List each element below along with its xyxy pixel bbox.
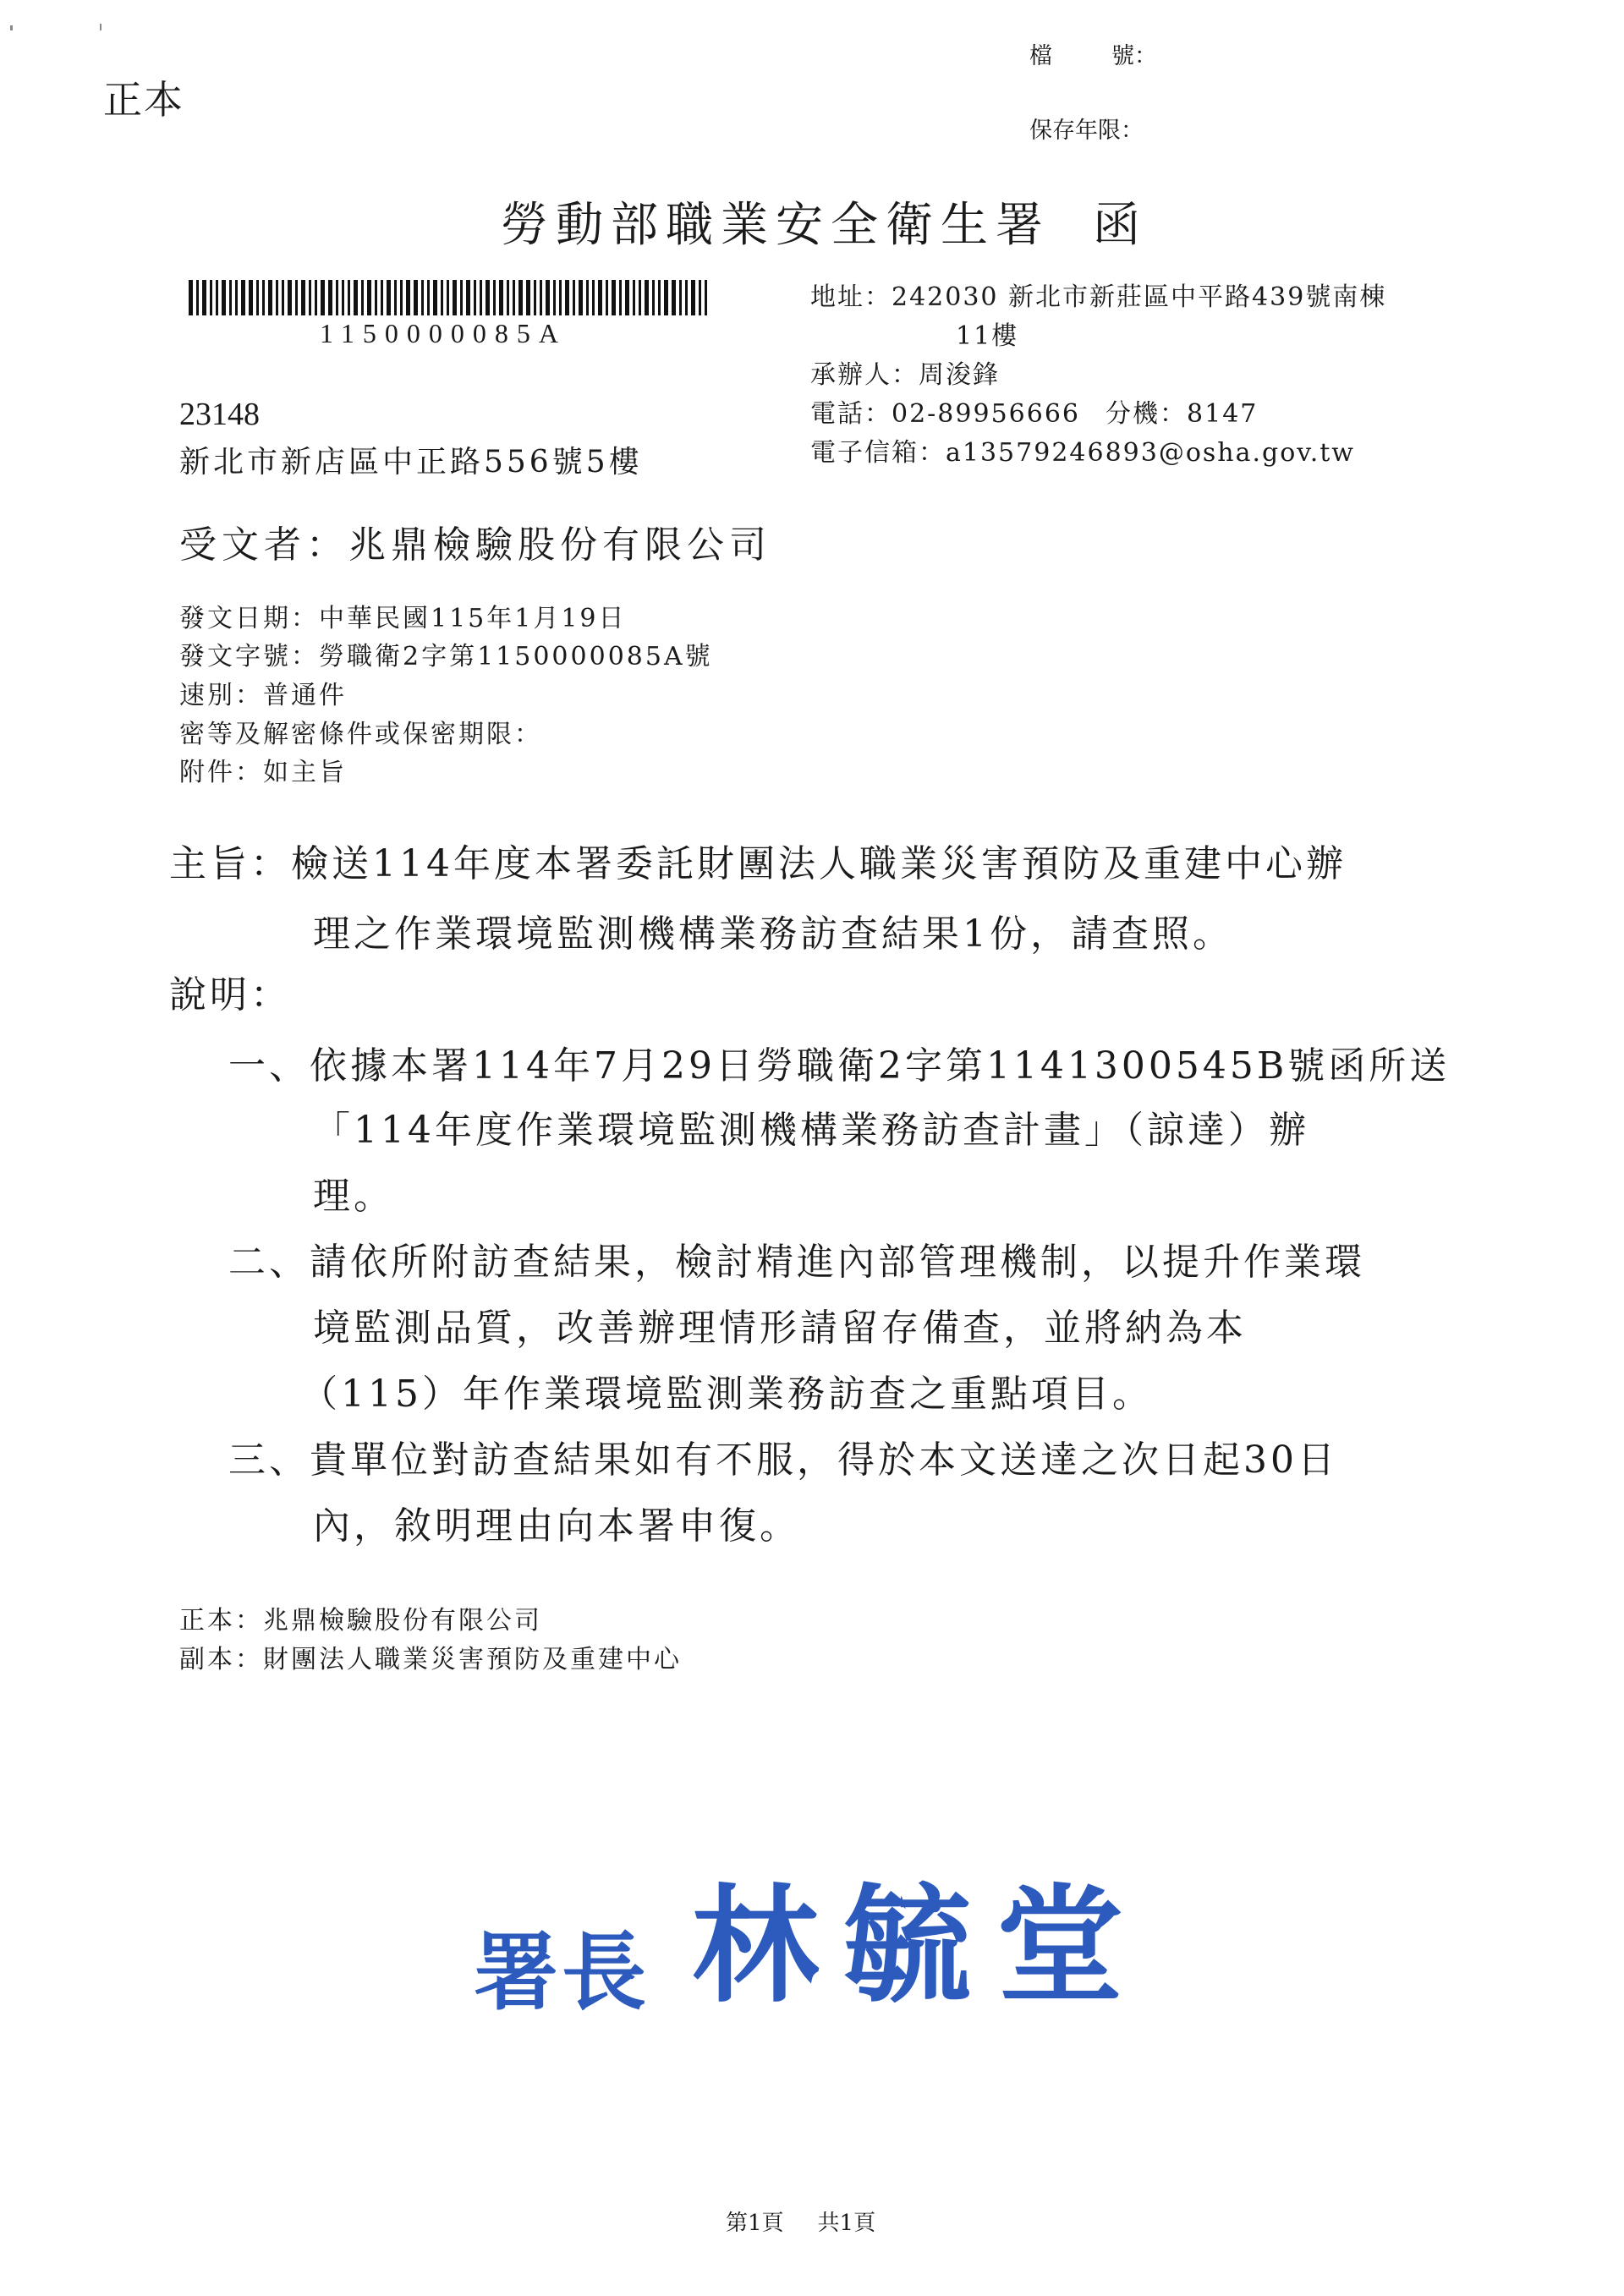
barcode-bar xyxy=(672,280,676,315)
barcode-bar xyxy=(447,280,449,315)
barcode-bar xyxy=(466,280,470,315)
barcode-bar xyxy=(679,280,682,315)
barcode-bar xyxy=(658,280,661,315)
barcode-bar xyxy=(256,280,259,315)
copy-type-label: 正本 xyxy=(103,69,184,125)
signature-title: 署長 xyxy=(474,1922,650,2022)
phone-number: 電話：02-89956666 xyxy=(810,399,1080,429)
recipient-zip: 23148 xyxy=(179,396,260,433)
barcode-bar xyxy=(565,280,569,315)
barcode-bar xyxy=(241,280,245,315)
barcode xyxy=(189,280,713,315)
barcode-bar xyxy=(559,280,562,315)
sender-address: 地址：242030 新北市新莊區中平路439號南棟 xyxy=(810,276,1386,313)
barcode-bar xyxy=(553,280,556,315)
phone-extension: 分機：8147 xyxy=(1106,399,1258,429)
distribution-copy: 副本：財團法人職業災害預防及重建中心 xyxy=(179,1638,682,1675)
barcode-bar xyxy=(612,280,616,315)
barcode-bar xyxy=(526,280,530,315)
barcode-bar xyxy=(639,280,641,315)
barcode-bar xyxy=(354,280,358,315)
reference-number: 發文字號：勞職衛2字第1150000085A號 xyxy=(179,635,713,672)
barcode-bar xyxy=(619,280,622,315)
barcode-bar xyxy=(282,280,284,315)
handler: 承辦人：周浚鋒 xyxy=(810,353,1000,391)
barcode-bar xyxy=(633,280,635,315)
explanation-item-1-line-1: 一、依據本署114年7月29日勞職衛2字第1141300545B號函所送 xyxy=(228,1035,1450,1089)
signature-stamp: 署長林毓堂 xyxy=(474,1844,1149,2026)
barcode-bar xyxy=(499,280,503,315)
email: 電子信箱：a13579246893@osha.gov.tw xyxy=(810,431,1355,469)
barcode-bar xyxy=(645,280,649,315)
barcode-bar xyxy=(328,280,332,315)
signature-name: 林毓堂 xyxy=(692,1871,1149,2020)
barcode-bar xyxy=(387,280,391,315)
explanation-item-2-line-1: 二、請依所附訪查結果，檢討精進內部管理機制，以提升作業環 xyxy=(228,1231,1365,1285)
explanation-item-3-line-1: 三、貴單位對訪查結果如有不服，得於本文送達之次日起30日 xyxy=(228,1429,1338,1483)
barcode-bar xyxy=(579,280,583,315)
barcode-bar xyxy=(249,280,253,315)
barcode-bar xyxy=(229,280,232,315)
barcode-bar xyxy=(433,280,437,315)
file-number-label-a: 檔 xyxy=(1029,43,1052,69)
explanation-item-1-line-3: 理。 xyxy=(313,1165,394,1219)
sender-address-cont: 11樓 xyxy=(956,315,1018,352)
subject-line-2: 理之作業環境監測機構業務訪查結果1份，請查照。 xyxy=(313,903,1233,957)
addressee: 受文者：兆鼎檢驗股份有限公司 xyxy=(179,514,771,568)
delivery-speed: 速別：普通件 xyxy=(179,674,347,711)
file-number-label: 檔號： xyxy=(1029,37,1157,70)
barcode-bar xyxy=(189,280,193,315)
barcode-bar xyxy=(288,280,292,315)
barcode-bar xyxy=(222,280,226,315)
barcode-bar xyxy=(301,280,305,315)
barcode-bar xyxy=(427,280,430,315)
barcode-bar xyxy=(691,280,695,315)
barcode-bar xyxy=(336,280,338,315)
barcode-bar xyxy=(394,280,397,315)
barcode-bar xyxy=(295,280,298,315)
barcode-bar xyxy=(453,280,457,315)
title-org: 勞動部職業安全衛生署 xyxy=(501,198,1051,253)
barcode-bar xyxy=(474,280,476,315)
file-number-label-b: 號： xyxy=(1111,43,1157,69)
barcode-bar xyxy=(348,280,350,315)
barcode-bar xyxy=(210,280,212,315)
barcode-bar xyxy=(196,280,199,315)
barcode-bar xyxy=(367,280,371,315)
barcode-bar xyxy=(507,280,509,315)
barcode-bar xyxy=(202,280,206,315)
explanation-heading: 說明： xyxy=(169,964,291,1018)
barcode-bar xyxy=(486,280,490,315)
barcode-bar xyxy=(276,280,278,315)
recipient-address: 新北市新店區中正路556號5樓 xyxy=(179,438,643,481)
barcode-bar xyxy=(546,280,550,315)
barcode-bar xyxy=(540,280,542,315)
barcode-bar xyxy=(573,280,575,315)
barcode-bar xyxy=(606,280,608,315)
barcode-bar xyxy=(460,280,463,315)
phone: 電話：02-89956666分機：8147 xyxy=(810,392,1258,430)
barcode-bar xyxy=(414,280,418,315)
explanation-item-1-line-2: 「114年度作業環境監測機構業務訪查計畫」（諒達）辦 xyxy=(313,1099,1309,1153)
barcode-bar xyxy=(699,280,701,315)
barcode-bar xyxy=(493,280,496,315)
distribution-original: 正本：兆鼎檢驗股份有限公司 xyxy=(179,1599,542,1636)
explanation-item-3-line-2: 內，敘明理由向本署申復。 xyxy=(313,1495,800,1549)
attachment: 附件：如主旨 xyxy=(179,751,347,788)
barcode-bar xyxy=(216,280,218,315)
explanation-item-2-line-2: 境監測品質，改善辦理情形請留存備查，並將納為本 xyxy=(313,1297,1247,1351)
barcode-bar xyxy=(534,280,536,315)
barcode-bar xyxy=(480,280,482,315)
barcode-bar xyxy=(381,280,383,315)
secrecy-level: 密等及解密條件或保密期限： xyxy=(179,713,542,750)
title-doc-type: 函 xyxy=(1093,198,1148,253)
barcode-bar xyxy=(586,280,589,315)
barcode-bar xyxy=(400,280,403,315)
scan-speck xyxy=(10,25,13,30)
page-footer: 第1頁共1頁 xyxy=(726,2206,875,2237)
barcode-bar xyxy=(268,280,272,315)
barcode-bar xyxy=(518,280,523,315)
barcode-bar xyxy=(375,280,377,315)
barcode-bar xyxy=(664,280,668,315)
barcode-bar xyxy=(705,280,707,315)
barcode-bar xyxy=(625,280,629,315)
barcode-bar xyxy=(235,280,238,315)
barcode-bar xyxy=(361,280,364,315)
barcode-bar xyxy=(309,280,311,315)
page-total: 共1頁 xyxy=(818,2211,876,2236)
barcode-bar xyxy=(513,280,515,315)
retention-period-label: 保存年限： xyxy=(1029,112,1144,145)
page-number: 第1頁 xyxy=(726,2211,784,2236)
subject-line-1: 主旨：檢送114年度本署委託財團法人職業災害預防及重建中心辦 xyxy=(169,833,1347,887)
barcode-bar xyxy=(421,280,424,315)
barcode-bar xyxy=(652,280,655,315)
barcode-bar xyxy=(342,280,344,315)
barcode-bar xyxy=(321,280,325,315)
scan-speck xyxy=(100,24,101,30)
barcode-bar xyxy=(406,280,410,315)
explanation-item-2-line-3: （115）年作業環境監測業務訪查之重點項目。 xyxy=(300,1363,1153,1417)
barcode-bar xyxy=(262,280,265,315)
barcode-bar xyxy=(315,280,317,315)
document-title: 勞動部職業安全衛生署函 xyxy=(501,188,1148,255)
issue-date: 發文日期：中華民國115年1月19日 xyxy=(179,597,627,634)
barcode-bar xyxy=(685,280,688,315)
barcode-bar xyxy=(441,280,443,315)
barcode-number: 1150000085A xyxy=(320,318,567,349)
barcode-bar xyxy=(598,280,602,315)
barcode-bar xyxy=(592,280,595,315)
